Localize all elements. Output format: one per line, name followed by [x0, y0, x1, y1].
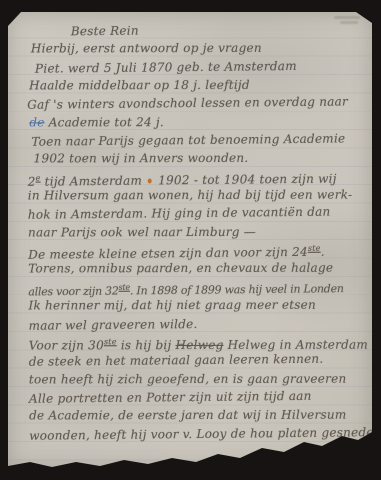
letter-scan: Beste ReinHierbij, eerst antwoord op je … — [0, 0, 381, 480]
letter-line: Hierbij, eerst antwoord op je vragen — [27, 39, 363, 58]
letter-segment: Academie tot 24 j. — [45, 115, 164, 129]
letter-segment: naar Parijs ook wel naar Limburg — — [28, 225, 256, 240]
letter-line: de Academie tot 24 j. — [27, 112, 363, 131]
letter-line: alles voor zijn 32ste. In 1898 of 1899 w… — [28, 276, 364, 298]
letter-segment: Piet. werd 5 Juli 1870 geb. te Amsterdam — [35, 59, 297, 76]
letter-segment: Torens, omnibus paarden, en chevaux de h… — [28, 261, 333, 276]
paper-sheet: Beste ReinHierbij, eerst antwoord op je … — [8, 12, 372, 468]
letter-segment-orange-fleck — [148, 178, 152, 183]
letter-segment-sup: ste — [119, 283, 130, 292]
letter-segment-sup: ste — [104, 337, 117, 346]
letter-line: Gaf 's winters avondschool lessen en ove… — [27, 93, 363, 115]
letter-segment: Haalde middelbaar op 18 j. leeftijd — [29, 78, 250, 93]
letter-segment: toen heeft hij zich geoefend, en is gaan… — [29, 371, 347, 386]
letter-body: Beste ReinHierbij, eerst antwoord op je … — [27, 20, 366, 444]
letter-line: maar wel graveeren wilde. — [28, 313, 364, 335]
letter-line: de Academie, de eerste jaren dat wij in … — [29, 406, 365, 425]
letter-line: Piet. werd 5 Juli 1870 geb. te Amsterdam — [27, 56, 363, 78]
letter-segment: in Hilversum gaan wonen, hij had bij tij… — [28, 188, 353, 203]
letter-segment: Beste Rein — [71, 24, 139, 39]
letter-segment: Alle portretten en Potter zijn uit zijn … — [29, 389, 312, 406]
letter-segment: Hierbij, eerst antwoord op je vragen — [31, 41, 262, 56]
letter-segment: Gaf 's winters avondschool lessen en ove… — [27, 95, 348, 112]
letter-segment: woonden, heeft hij voor v. Looy de hou p… — [29, 425, 381, 443]
letter-segment: hok in Amsterdam. Hij ging in de vacanti… — [28, 205, 331, 222]
letter-segment: . — [321, 245, 325, 259]
letter-segment: Voor zijn 30 — [29, 338, 104, 352]
letter-line: 1902 toen wij in Anvers woonden. — [28, 149, 364, 168]
letter-line: Voor zijn 30ste is hij bij Helweg Helweg… — [29, 332, 365, 351]
letter-line: woonden, heeft hij voor v. Looy de hou p… — [29, 423, 365, 445]
letter-segment-blue-strike: de — [29, 115, 44, 129]
letter-segment: de Academie, de eerste jaren dat wij in … — [29, 408, 346, 423]
letter-line: naar Parijs ook wel naar Limburg — — [28, 222, 364, 241]
letter-segment-strike: Helweg — [176, 338, 224, 352]
letter-line: toen heeft hij zich geoefend, en is gaan… — [29, 369, 365, 388]
letter-segment: is hij bij — [117, 338, 176, 352]
letter-line: de steek en het materiaal gaan leeren ke… — [29, 349, 365, 371]
letter-segment: maar wel graveeren wilde. — [28, 316, 197, 332]
letter-line: Ik herinner mij, dat hij niet graag meer… — [28, 296, 364, 315]
letter-line: 2e tijd Amsterdam 1902 - tot 1904 toen z… — [28, 166, 364, 188]
letter-segment: Ik herinner mij, dat hij niet graag meer… — [28, 298, 316, 313]
letter-segment: 1902 toen wij in Anvers woonden. — [34, 151, 249, 166]
letter-line: Torens, omnibus paarden, en chevaux de h… — [28, 259, 364, 278]
letter-line: hok in Amsterdam. Hij ging in de vacanti… — [28, 203, 364, 225]
letter-segment-sup: ste — [308, 244, 321, 253]
letter-segment: Toen naar Parijs gegaan tot benoeming Ac… — [31, 131, 345, 148]
letter-segment: de steek en het materiaal gaan leeren ke… — [29, 352, 324, 369]
